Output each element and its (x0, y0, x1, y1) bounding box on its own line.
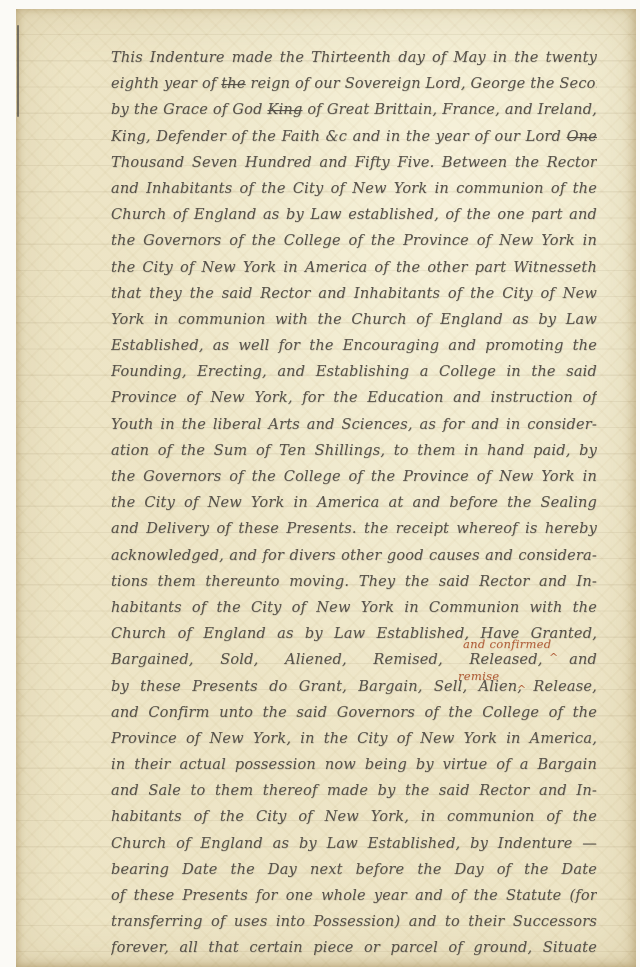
manuscript-text: and confirmed ^ remise ^ This Indenture … (111, 45, 597, 962)
manuscript-line: forever, all that certain piece or parce… (111, 935, 597, 961)
manuscript-line: Church of England as by Law Established,… (111, 831, 597, 857)
manuscript-line: bearing Date the Day next before the Day… (111, 857, 597, 883)
manuscript-line: eighth year of the reign of our Sovereig… (111, 71, 597, 97)
struck-word: King (268, 102, 303, 118)
manuscript-page: and confirmed ^ remise ^ This Indenture … (16, 9, 636, 967)
manuscript-line: transferring of uses into Possession) an… (111, 909, 597, 935)
red-interlineation-remise: remise (458, 669, 499, 683)
manuscript-line: habitants of the City of New York, in co… (111, 804, 597, 830)
manuscript-line: and Inhabitants of the City of New York … (111, 176, 597, 202)
struck-word: One (567, 129, 597, 145)
manuscript-line: York in communion with the Church of Eng… (111, 307, 597, 333)
manuscript-line: and Sale to them thereof made by the sai… (111, 778, 597, 804)
manuscript-line: Founding, Erecting, and Establishing a C… (111, 359, 597, 385)
manuscript-line: and Confirm unto the said Governors of t… (111, 700, 597, 726)
manuscript-line: by the Grace of God King of Great Britta… (111, 97, 597, 123)
manuscript-line: Church of England as by Law established,… (111, 202, 597, 228)
manuscript-line: Established, as well for the Encouraging… (111, 333, 597, 359)
paper-edge-shadow (17, 25, 19, 117)
manuscript-line: tions them thereunto moving. They the sa… (111, 569, 597, 595)
red-interlineation-and-confirmed: and confirmed (463, 637, 551, 651)
manuscript-line: the Governors of the College of the Prov… (111, 228, 597, 254)
manuscript-line: acknowledged, and for divers other good … (111, 543, 597, 569)
manuscript-line: ation of the Sum of Ten Shillings, to th… (111, 438, 597, 464)
insertion-caret: ^ (517, 685, 526, 695)
manuscript-line: that they the said Rector and Inhabitant… (111, 281, 597, 307)
struck-word: the (221, 76, 245, 92)
manuscript-line: and Delivery of these Presents. the rece… (111, 516, 597, 542)
scanned-document: and confirmed ^ remise ^ This Indenture … (0, 0, 640, 967)
manuscript-line: the Governors of the College of the Prov… (111, 464, 597, 490)
manuscript-line: in their actual possession now being by … (111, 752, 597, 778)
manuscript-line: King, Defender of the Faith &c and in th… (111, 124, 597, 150)
insertion-caret: ^ (549, 653, 558, 663)
manuscript-line: of these Presents for one whole year and… (111, 883, 597, 909)
manuscript-line: Bargained, Sold, Aliened, Remised, Relea… (111, 647, 597, 673)
manuscript-line: the City of New York in America at and b… (111, 490, 597, 516)
manuscript-line: habitants of the City of New York in Com… (111, 595, 597, 621)
manuscript-line: Youth in the liberal Arts and Sciences, … (111, 412, 597, 438)
manuscript-line: This Indenture made the Thirteenth day o… (111, 45, 597, 71)
manuscript-line: Province of New York, in the City of New… (111, 726, 597, 752)
manuscript-line: Province of New York, for the Education … (111, 385, 597, 411)
manuscript-line: Thousand Seven Hundred and Fifty Five. B… (111, 150, 597, 176)
manuscript-line: the City of New York in America of the o… (111, 255, 597, 281)
